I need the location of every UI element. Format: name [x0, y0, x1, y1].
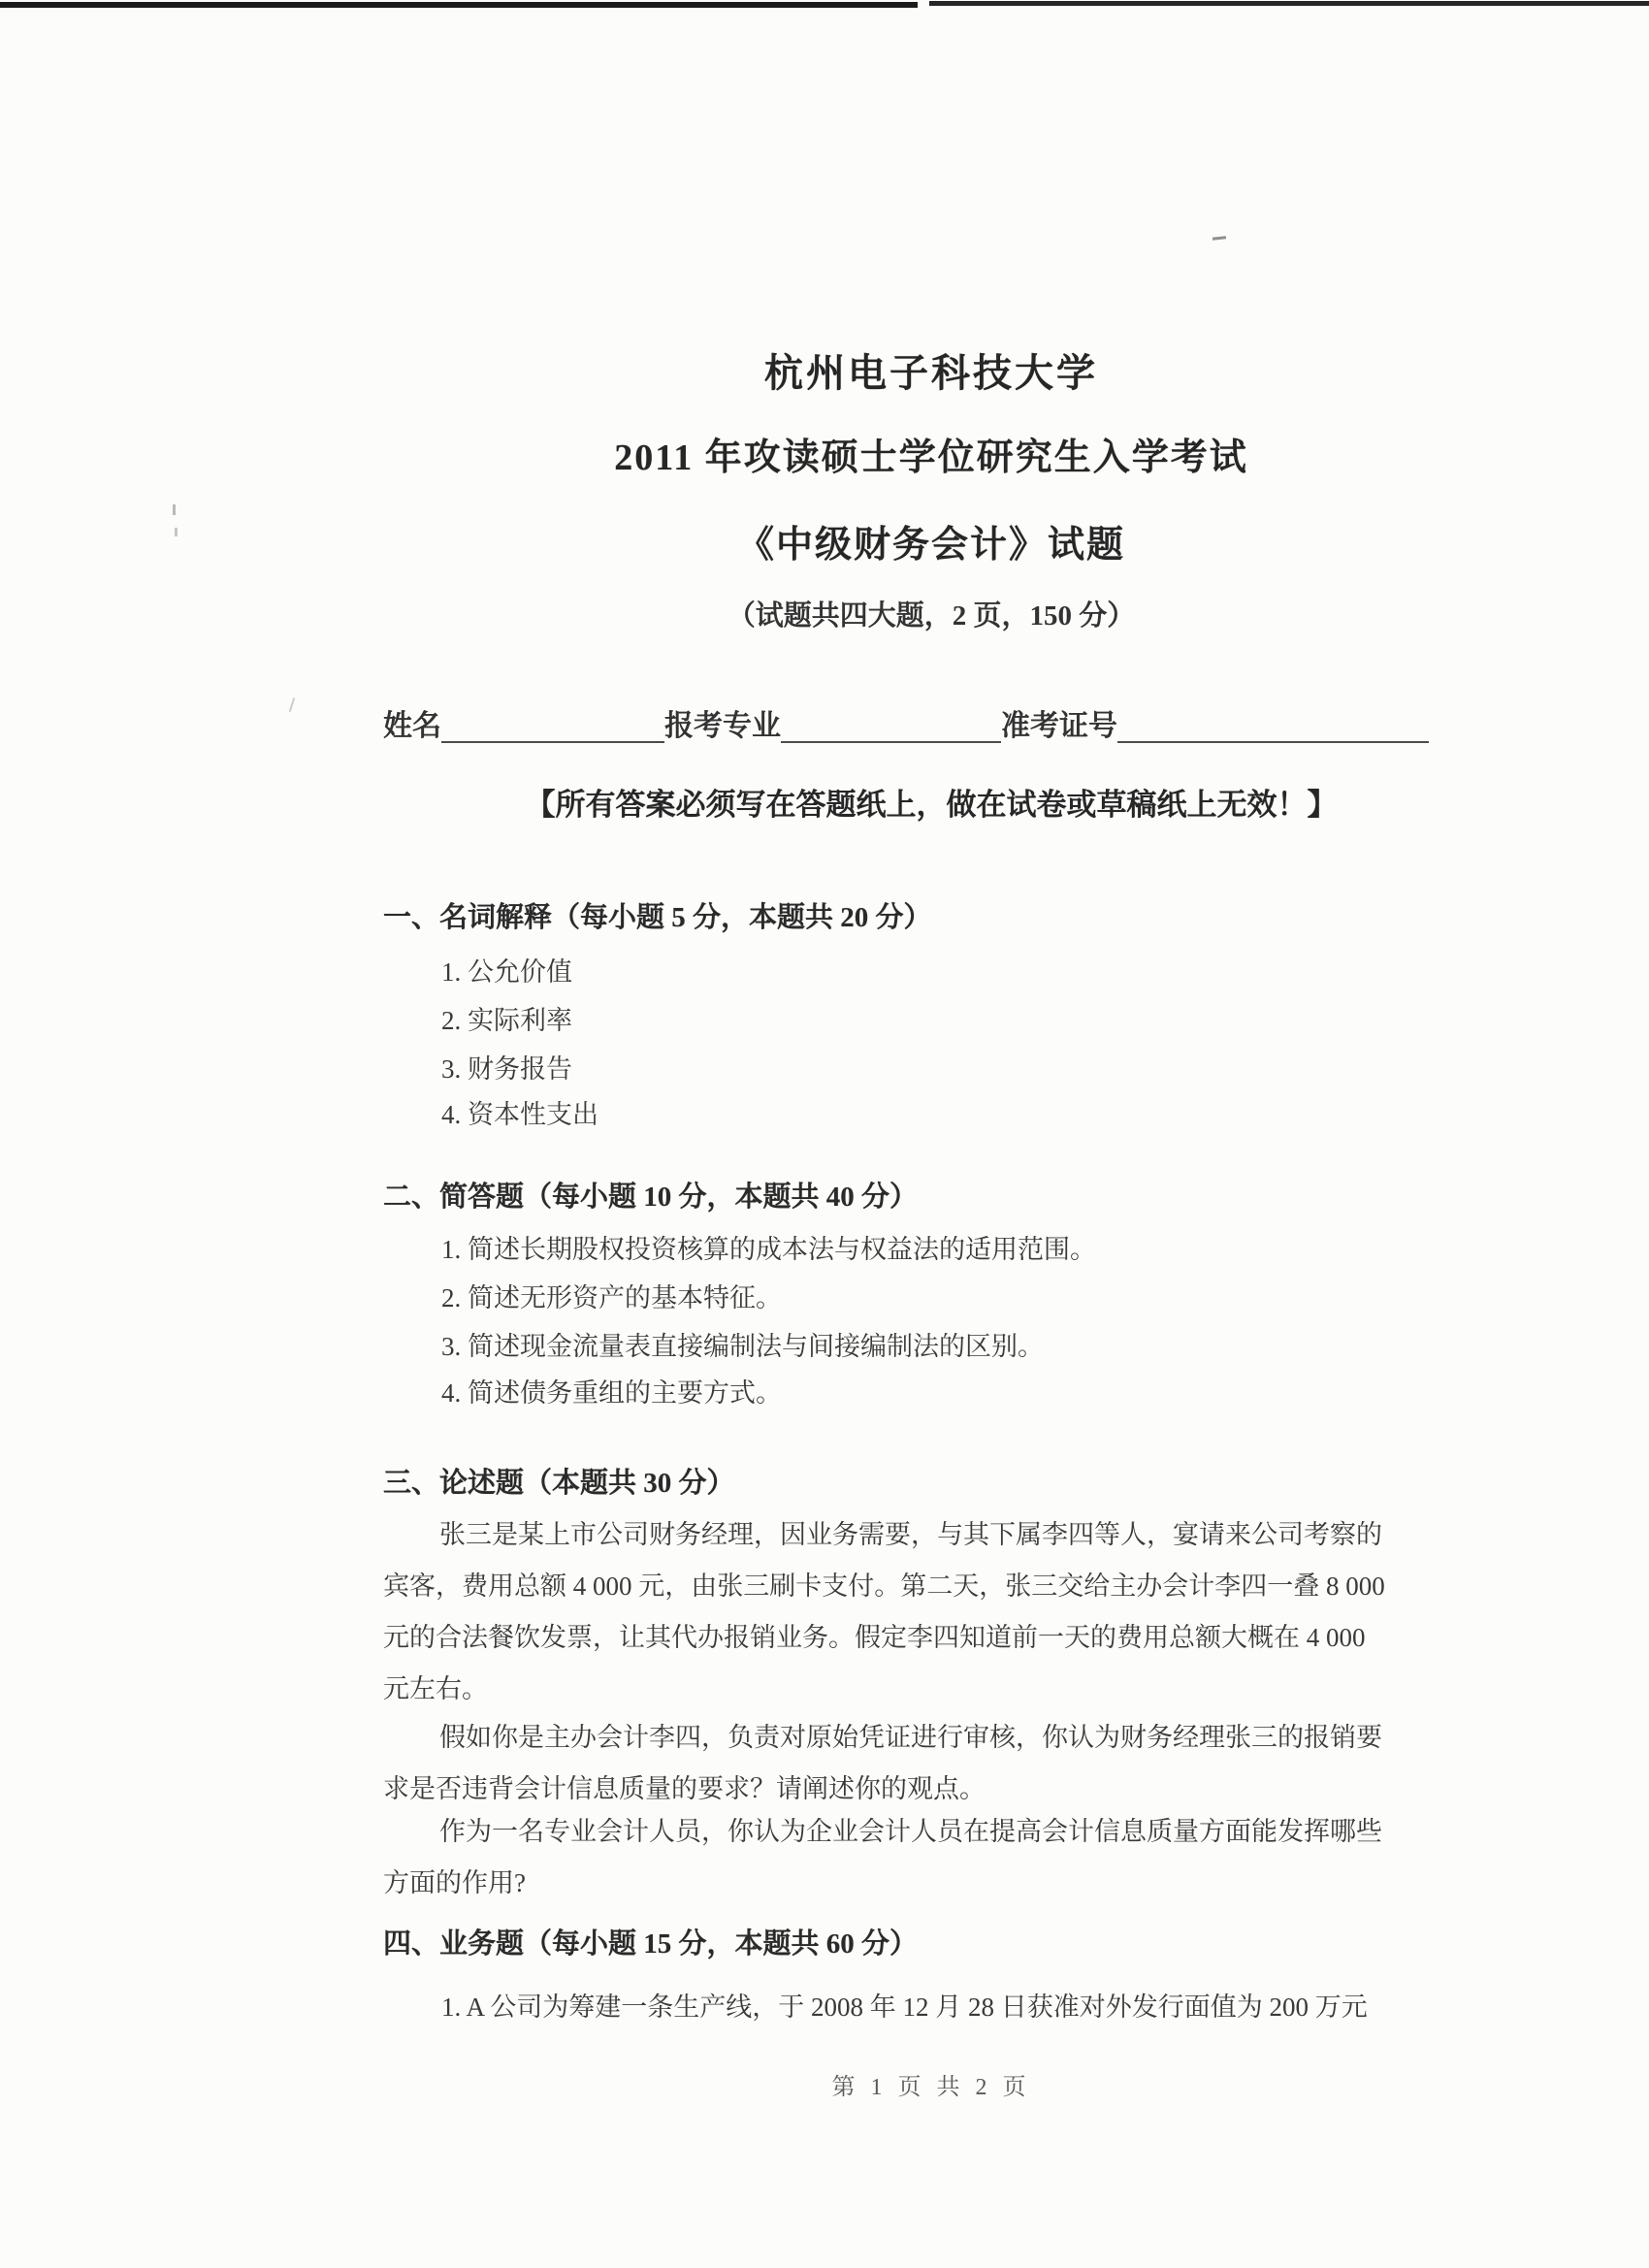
section-2-item-4: 4. 简述债务重组的主要方式。 — [383, 1377, 1537, 1409]
exam-meta-line: （试题共四大题，2 页，150 分） — [383, 601, 1479, 632]
section-2-item-1: 1. 简述长期股权投资核算的成本法与权益法的适用范围。 — [383, 1234, 1537, 1265]
section-2-item-2: 2. 简述无形资产的基本特征。 — [383, 1282, 1537, 1313]
name-label: 姓名 — [383, 710, 441, 744]
name-field-blank — [441, 708, 664, 743]
subject-title: 《中级财务会计》试题 — [383, 526, 1479, 567]
page-number-footer: 第 1 页 共 2 页 — [383, 2074, 1479, 2102]
section-3-paragraph-1: 张三是某上市公司财务经理，因业务需要，与其下属李四等人，宴请来公司考察的 宾客，… — [383, 1509, 1479, 1715]
admission-no-field-blank — [1117, 708, 1429, 743]
scan-speck-artifact — [175, 528, 178, 536]
section-1-item-2: 2. 实际利率 — [383, 1005, 1537, 1036]
exam-session-title: 2011 年攻读硕士学位研究生入学考试 — [383, 438, 1479, 479]
major-field-blank — [781, 708, 1001, 743]
section-2-heading: 二、简答题（每小题 10 分，本题共 40 分） — [383, 1182, 1479, 1214]
section-1-heading: 一、名词解释（每小题 5 分，本题共 20 分） — [383, 902, 1479, 934]
section-4-item-1: 1. A 公司为筹建一条生产线，于 2008 年 12 月 28 日获准对外发行… — [383, 1992, 1537, 2023]
scanned-exam-page: 杭州电子科技大学 2011 年攻读硕士学位研究生入学考试 《中级财务会计》试题 … — [0, 0, 1649, 2268]
section-3-paragraph-3: 作为一名专业会计人员，你认为企业会计人员在提高会计信息质量方面能发挥哪些 方面的… — [383, 1806, 1479, 1909]
section-4-heading: 四、业务题（每小题 15 分，本题共 60 分） — [383, 1928, 1479, 1960]
section-2-item-3: 3. 简述现金流量表直接编制法与间接编制法的区别。 — [383, 1331, 1537, 1362]
paragraph-line: 假如你是主办会计李四，负责对原始凭证进行审核，你认为财务经理张三的报销要 — [383, 1712, 1479, 1764]
section-3-paragraph-2: 假如你是主办会计李四，负责对原始凭证进行审核，你认为财务经理张三的报销要 求是否… — [383, 1712, 1479, 1815]
scan-speck-artifact — [289, 697, 296, 712]
paragraph-line: 元左右。 — [383, 1664, 1479, 1715]
scan-speck-artifact — [173, 504, 176, 515]
answer-sheet-notice: 【所有答案必须写在答题纸上，做在试卷或草稿纸上无效！】 — [383, 788, 1479, 823]
section-1-item-3: 3. 财务报告 — [383, 1053, 1537, 1085]
section-1-item-1: 1. 公允价值 — [383, 956, 1537, 988]
document-content-column: 杭州电子科技大学 2011 年攻读硕士学位研究生入学考试 《中级财务会计》试题 … — [383, 0, 1479, 2268]
paragraph-line: 作为一名专业会计人员，你认为企业会计人员在提高会计信息质量方面能发挥哪些 — [383, 1806, 1479, 1858]
admission-no-label: 准考证号 — [1001, 710, 1117, 744]
section-1-item-4: 4. 资本性支出 — [383, 1099, 1537, 1130]
section-3-heading: 三、论述题（本题共 30 分） — [383, 1468, 1479, 1500]
paragraph-line: 方面的作用? — [383, 1858, 1479, 1909]
paragraph-line: 宾客，费用总额 4 000 元，由张三刷卡支付。第二天，张三交给主办会计李四一叠… — [383, 1561, 1479, 1612]
university-title: 杭州电子科技大学 — [383, 352, 1479, 395]
paragraph-line: 张三是某上市公司财务经理，因业务需要，与其下属李四等人，宴请来公司考察的 — [383, 1509, 1479, 1561]
major-label: 报考专业 — [664, 710, 781, 744]
candidate-info-row: 姓名 报考专业 准考证号 — [383, 704, 1479, 743]
paragraph-line: 元的合法餐饮发票，让其代办报销业务。假定李四知道前一天的费用总额大概在 4 00… — [383, 1612, 1479, 1664]
